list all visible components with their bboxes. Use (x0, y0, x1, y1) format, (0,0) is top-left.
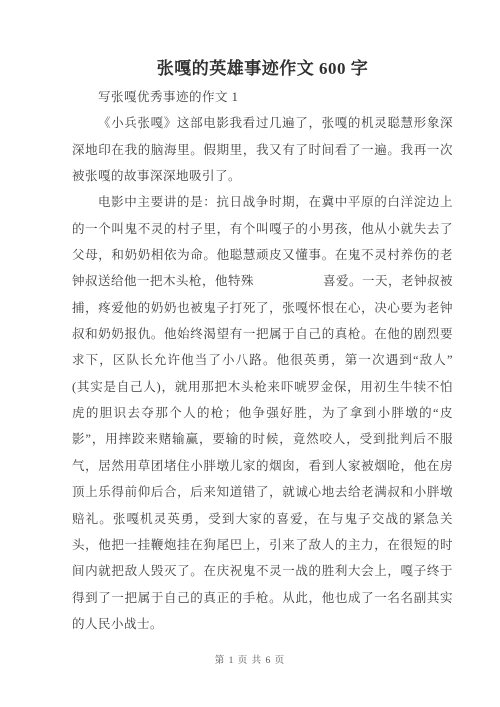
text-line: 被张嘎的故事深深地吸引了。 (72, 163, 453, 189)
text-line: 捕，疼爱他的奶奶也被鬼子打死了，张嘎怀恨在心，决心要为老钟 (72, 295, 453, 321)
page-number: 第 1 页 共 6 页 (0, 652, 500, 666)
text-line: 钟叔送给他一把木头枪，他特殊喜爱。一天，老钟叔被 (72, 268, 453, 294)
text-line: 叔和奶奶报仇。他始终渴望有一把属于自己的真枪。在他的剧烈要 (72, 321, 453, 347)
text-line: 深地印在我的脑海里。假期里，我又有了时间看了一遍。我再一次 (72, 137, 453, 163)
text-line: 得到了一把属于自己的真正的手枪。从此，他也成了一名名副其实 (72, 585, 453, 611)
text-line: 的一个叫鬼不灵的村子里，有个叫嘎子的小男孩，他从小就失去了 (72, 216, 453, 242)
text-line: 气，居然用草团堵住小胖墩儿家的烟囱，看到人家被烟呛，他在房 (72, 453, 453, 479)
text-line: 虎的胆识去夺那个人的枪；他争强好胜，为了拿到小胖墩的“皮 (72, 400, 453, 426)
document-subtitle: 写张嘎优秀事迹的作文 1 (72, 84, 453, 110)
text-line: 顶上乐得前仰后合，后来知道错了，就诚心地去给老满叔和小胖墩 (72, 479, 453, 505)
text-line: (其实是自己人)，就用那把木头枪来吓唬罗金保，用初生牛犊不怕 (72, 374, 453, 400)
text-line: 赔礼。张嘎机灵英勇，受到大家的喜爱，在与鬼子交战的紧急关 (72, 506, 453, 532)
document-page: 张嘎的英雄事迹作文 600 字 写张嘎优秀事迹的作文 1 《小兵张嘎》这部电影我… (0, 0, 500, 707)
text-line: 影”，用摔跤来赌输赢，要输的时候，竟然咬人，受到批判后不服 (72, 426, 453, 452)
text-line: 的人民小战士。 (72, 611, 453, 637)
text-line: 求下，区队长允许他当了小八路。他很英勇，第一次遇到“敌人” (72, 347, 453, 373)
text-line: 电影中主要讲的是：抗日战争时期，在冀中平原的白洋淀边上 (72, 189, 453, 215)
text-line: 头，他把一挂鞭炮挂在狗尾巴上，引来了敌人的主力，在很短的时 (72, 532, 453, 558)
text-line: 父母，和奶奶相依为命。他聪慧顽皮又懂事。在鬼不灵村养伤的老 (72, 242, 453, 268)
text-line: 间内就把敌人毁灭了。在庆祝鬼不灵一战的胜利大会上，嘎子终于 (72, 558, 453, 584)
document-body: 写张嘎优秀事迹的作文 1 《小兵张嘎》这部电影我看过几遍了，张嘎的机灵聪慧形象深… (72, 84, 453, 637)
text-line: 《小兵张嘎》这部电影我看过几遍了，张嘎的机灵聪慧形象深 (72, 110, 453, 136)
document-title: 张嘎的英雄事迹作文 600 字 (0, 0, 500, 84)
